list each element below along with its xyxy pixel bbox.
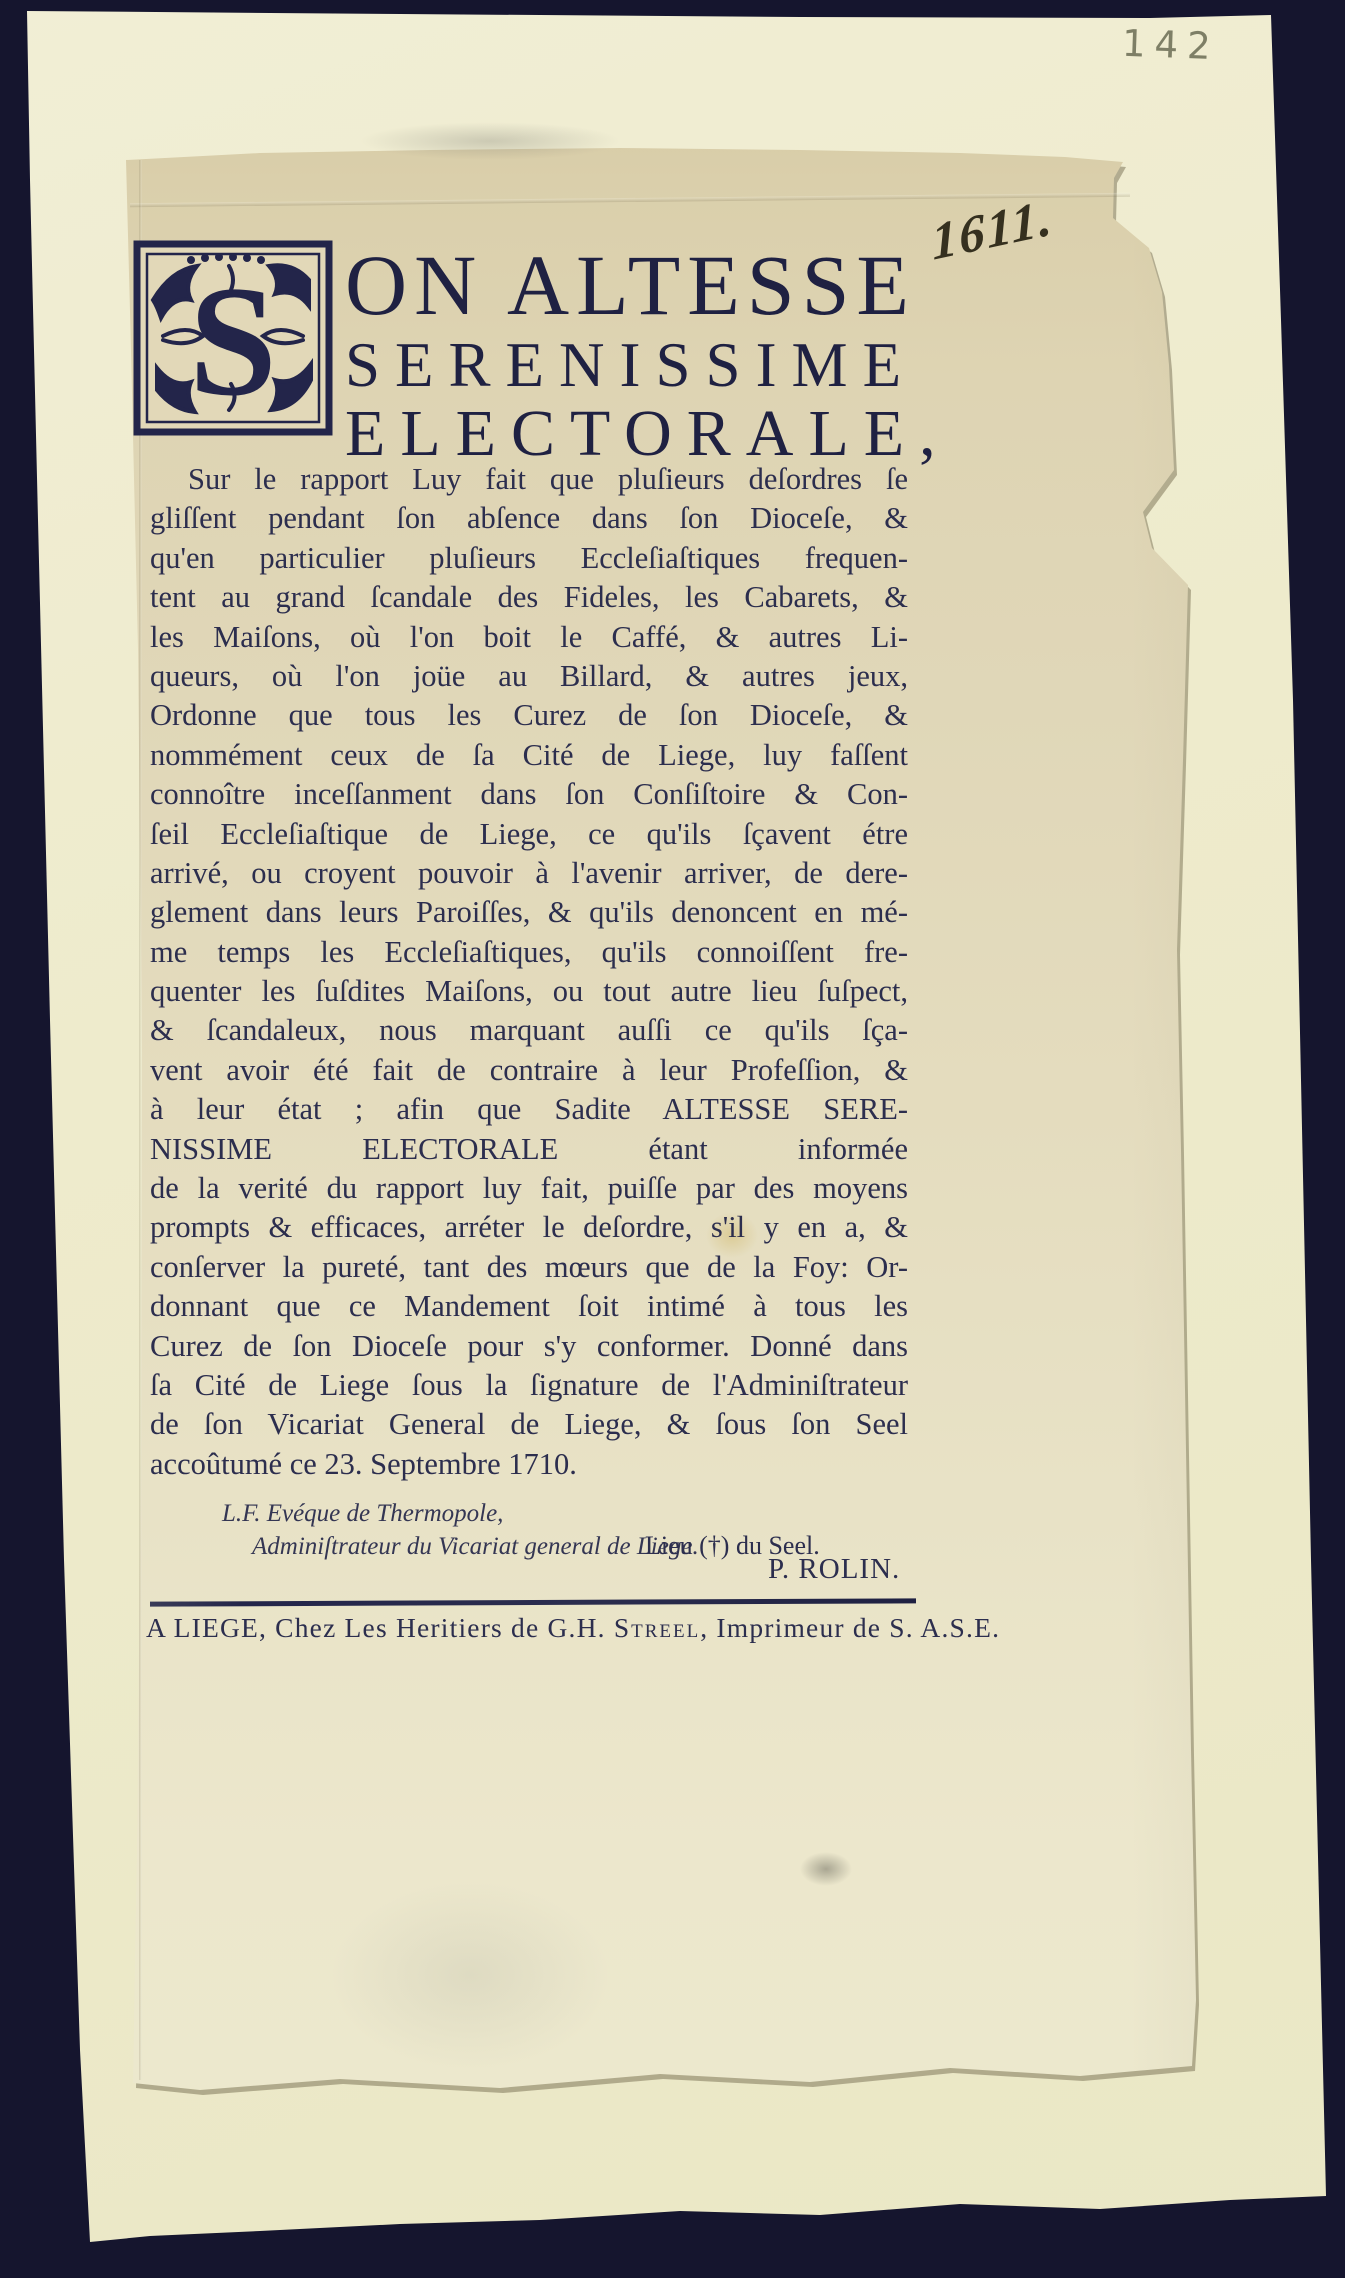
body-line: Sur le rapport Luy fait que pluſieurs de… [150, 460, 908, 499]
body-line: Curez de ſon Dioceſe pour s'y conformer.… [150, 1327, 908, 1366]
signature-role-line-1: L.F. Evéque de Thermopole, [222, 1500, 503, 1528]
title-line-1: ON ALTESSE [345, 242, 916, 328]
body-line: de la verité du rapport luy fait, puiſſe… [150, 1169, 908, 1208]
body-line: conſerver la pureté, tant des mœurs que … [150, 1248, 908, 1287]
imprint-suffix: , Imprimeur de S. A.S.E. [700, 1612, 1000, 1643]
body-line: glement dans leurs Paroiſſes, & qu'ils d… [150, 893, 908, 932]
drop-cap-letter: S [189, 254, 277, 429]
body-line: quenter les ſuſdites Maiſons, ou tout au… [150, 972, 908, 1011]
body-line: vent avoir été fait de contraire à leur … [150, 1051, 908, 1090]
imprint-prefix: A LIEGE, Chez Les Heritiers de G.H. [146, 1612, 614, 1643]
body-line: & ſcandaleux, nous marquant auſſi ce qu'… [150, 1011, 908, 1050]
body-line: Ordonne que tous les Curez de ſon Dioceſ… [150, 696, 908, 735]
title-line-2: SERENISSIME [345, 334, 916, 397]
printer-name: Streel [614, 1612, 700, 1643]
scanned-document-page: 142 1611. S ON ALTESSE SERENISSIME [0, 0, 1345, 2278]
ink-smudge [800, 1852, 852, 1886]
folio-number-annotation: 142 [1121, 22, 1252, 70]
body-line: de ſon Vicariat General de Liege, & ſous… [150, 1405, 908, 1444]
body-line: arrivé, ou croyent pouvoir à l'avenir ar… [150, 854, 908, 893]
signature-role-line-2: Adminiſtrateur du Vicariat general de Li… [252, 1533, 699, 1561]
body-line: me temps les Eccleſiaſtiques, qu'ils con… [150, 933, 908, 972]
body-line: qu'en particulier pluſieurs Eccleſiaſtiq… [150, 539, 908, 578]
body-line: ſeil Eccleſiaſtique de Liege, ce qu'ils … [150, 815, 908, 854]
body-line: nommément ceux de ſa Cité de Liege, luy … [150, 736, 908, 775]
woodcut-initial: S [133, 240, 333, 436]
body-line: connoître inceſſanment dans ſon Conſiſto… [150, 775, 908, 814]
title-line-3: ELECTORALE, [345, 401, 951, 467]
body-line: gliſſent pendant ſon abſence dans ſon Di… [150, 499, 908, 538]
body-line: NISSIME ELECTORALE étant informée [150, 1130, 908, 1169]
mandement-body-text: Sur le rapport Luy fait que pluſieurs de… [150, 460, 908, 1484]
body-line: à leur état ; afin que Sadite ALTESSE SE… [150, 1090, 908, 1129]
woodcut-initial-engraving: S [133, 240, 333, 436]
gray-streak [330, 1880, 610, 2070]
top-edge-smudge [360, 122, 620, 160]
body-line: ſa Cité de Liege ſous la ſignature de l'… [150, 1366, 908, 1405]
body-line: accoûtumé ce 23. Septembre 1710. [150, 1445, 908, 1484]
left-fold-crease [139, 160, 142, 2080]
body-line: tent au grand ſcandale des Fideles, les … [150, 578, 908, 617]
body-line: les Maiſons, où l'on boit le Caffé, & au… [150, 618, 908, 657]
body-line: queurs, où l'on joüe au Billard, & autre… [150, 657, 908, 696]
body-line: donnant que ce Mandement ſoit intimé à t… [150, 1287, 908, 1326]
signatory-name: P. ROLIN. [768, 1553, 900, 1586]
printer-imprint-line: A LIEGE, Chez Les Heritiers de G.H. Stre… [146, 1612, 921, 1644]
body-line: prompts & efficaces, arréter le deſordre… [150, 1208, 908, 1247]
